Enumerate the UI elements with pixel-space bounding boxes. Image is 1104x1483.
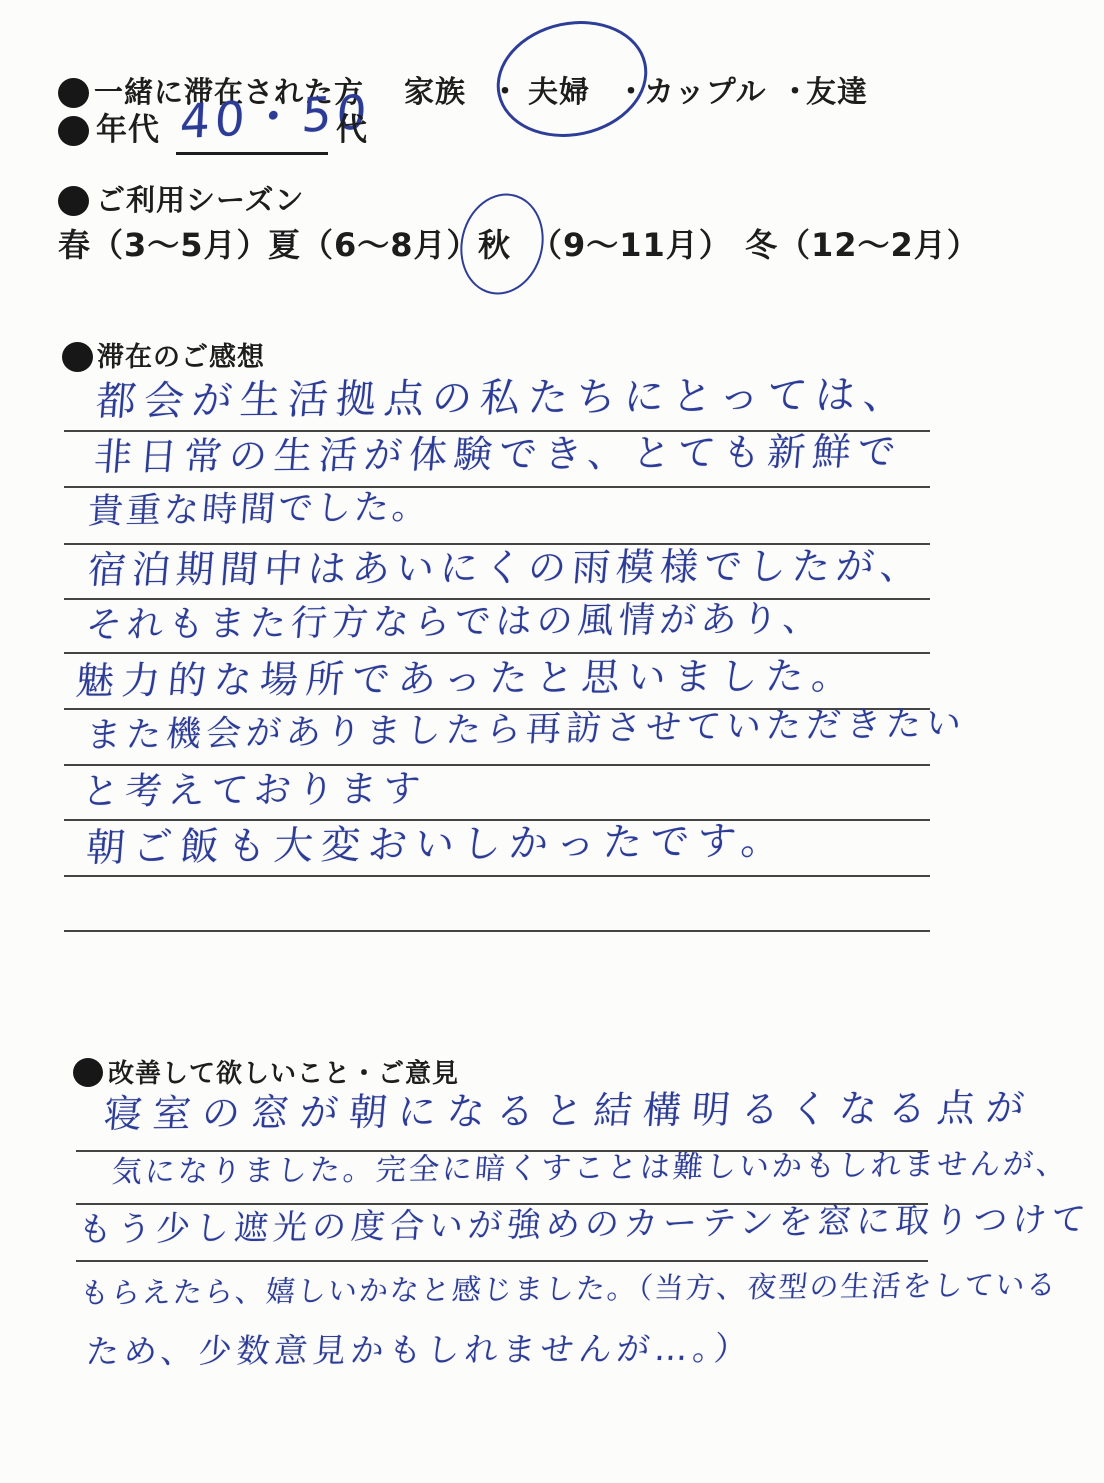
improvements-line: 気になりました。完全に暗くすことは難しいかもしれませんが、 xyxy=(111,1148,1071,1189)
improvements-line: 寝室の窓が朝になると結構明るくなる点が xyxy=(102,1087,1036,1135)
improvements-line: もう少し遮光の度合いが強めのカーテンを窓に取りつけて xyxy=(77,1201,1092,1249)
companion-option-friends: 友達 xyxy=(806,76,868,111)
ruled-line xyxy=(64,486,930,488)
impressions-line: 朝ご飯も大変おいしかったです。 xyxy=(84,821,789,871)
improvements-line: もらえたら、嬉しいかなと感じました。（当方、夜型の生活をしている xyxy=(79,1269,1059,1309)
improvements-line: ため、少数意見かもしれませんが…。） xyxy=(85,1331,754,1371)
season-label: ご利用シーズン xyxy=(96,184,305,217)
age-suffix: 代 xyxy=(336,113,368,149)
bullet-icon xyxy=(58,116,89,146)
companion-option-family: 家族 xyxy=(404,76,466,111)
handwritten-selection-circle-aki xyxy=(450,185,554,304)
impressions-line: 都会が生活拠点の私たちにとっては、 xyxy=(94,373,913,424)
impressions-line: 貴重な時間でした。 xyxy=(87,488,432,531)
season-option-autumn-months: （9〜11月） xyxy=(530,227,732,264)
impressions-line: 非日常の生活が体験でき、とても新鮮で xyxy=(92,431,904,478)
guest-survey-scan: 一緒に滞在された方 家族 ・ 夫婦 ・ カップル ・ 友達 年代 40・50 代… xyxy=(0,0,1104,1483)
impressions-line: また機会がありましたら再訪させていただきたい xyxy=(85,705,968,756)
ruled-line xyxy=(64,930,930,932)
handwritten-selection-circle-fufu xyxy=(486,7,658,150)
bullet-icon xyxy=(73,1058,103,1087)
age-label: 年代 xyxy=(96,113,160,149)
ruled-line xyxy=(76,1260,928,1262)
impressions-line: それもまた行方ならではの風情があり、 xyxy=(84,600,825,646)
bullet-icon xyxy=(62,342,93,372)
companion-option-couple: カップル xyxy=(644,76,767,111)
impressions-line: と考えております xyxy=(80,769,427,813)
season-option-summer: 夏（6〜8月） xyxy=(268,227,480,264)
season-option-spring: 春（3〜5月） xyxy=(58,227,270,264)
impressions-label: 滞在のご感想 xyxy=(97,342,265,373)
impressions-line: 魅力的な場所であったと思いました。 xyxy=(74,656,859,703)
bullet-icon xyxy=(58,78,89,108)
bullet-icon xyxy=(58,186,89,216)
ruled-line xyxy=(64,764,930,766)
age-answer-underline xyxy=(176,152,328,155)
ruled-line xyxy=(64,875,930,877)
impressions-line: 宿泊期間中はあいにくの雨模様でしたが、 xyxy=(86,546,925,592)
improvements-label: 改善して欲しいこと・ご意見 xyxy=(108,1060,459,1090)
season-option-winter: 冬（12〜2月） xyxy=(745,227,980,264)
